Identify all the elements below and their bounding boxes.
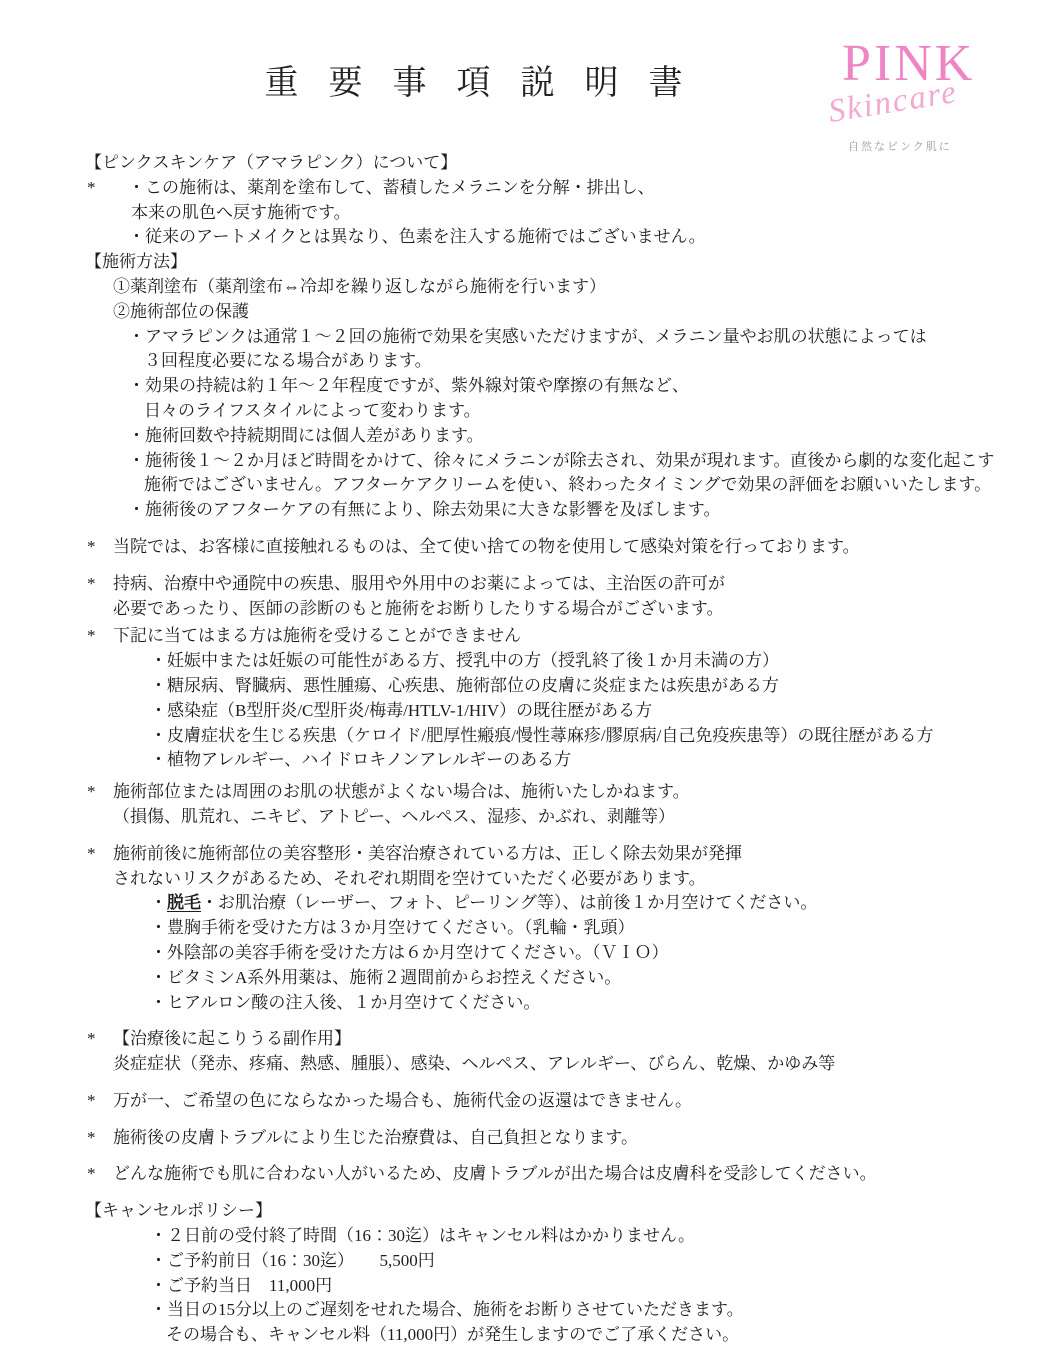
about-bullet-text: ・この施術は、薬剤を塗布して、蓄積したメラニンを分解・排出し、: [128, 178, 655, 197]
cancel-policy-item-cont: その場合も、キャンセル料（11,000円）が発生しますのでご了承ください。: [0, 1323, 1037, 1348]
notice-text: 施術後の皮膚トラブルにより生じた治療費は、自己負担となります。: [113, 1128, 638, 1147]
method-note: ・効果の持続は約１年～２年程度ですが、紫外線対策や摩擦の有無など、: [0, 374, 1037, 399]
interval-item: ・ヒアルロン酸の注入後、１か月空けてください。: [0, 991, 1037, 1016]
contraindication-item: ・妊娠中または妊娠の可能性がある方、授乳中の方（授乳終了後１か月未満の方）: [0, 649, 1037, 674]
side-effects-list: 炎症症状（発赤、疼痛、熱感、腫脹）、感染、ヘルペス、アレルギー、びらん、乾燥、か…: [0, 1052, 1037, 1077]
about-bullet-cont: 本来の肌色へ戻す施術です。: [0, 201, 1037, 226]
method-step-1: ①薬剤塗布（薬剤塗布⇔冷却を繰り返しながら施術を行います）: [0, 275, 1037, 300]
notice-hygiene: * 当院では、お客様に直接触れるものは、全て使い捨ての物を使用して感染対策を行っ…: [0, 535, 1037, 560]
notice-text: どんな施術でも肌に合わない人がいるため、皮膚トラブルが出た場合は皮膚科を受診して…: [113, 1164, 877, 1183]
heading-text: 【治療後に起こりうる副作用】: [113, 1029, 351, 1048]
notice-contraindication: * 下記に当てはまる方は施術を受けることができません: [0, 624, 1037, 649]
notice-interval-cont: されないリスクがあるため、それぞれ期間を空けていただく必要があります。: [0, 867, 1037, 892]
contraindication-item: ・感染症（B型肝炎/C型肝炎/梅毒/HTLV-1/HIV）の既往歴がある方: [0, 699, 1037, 724]
document-page: 重要事項説明書 PINK Skincare 自然なピンク肌に 【ピンクスキンケア…: [0, 0, 1037, 1360]
interval-item: ・豊胸手術を受けた方は３か月空けてください。（乳輪・乳頭）: [0, 916, 1037, 941]
interval-item: ・外陰部の美容手術を受けた方は６か月空けてください。（ＶＩＯ）: [0, 941, 1037, 966]
about-bullet: * ・この施術は、薬剤を塗布して、蓄積したメラニンを分解・排出し、: [0, 176, 1037, 201]
asterisk-marker: *: [87, 842, 96, 867]
method-note: ・施術後１～２か月ほど時間をかけて、徐々にメラニンが除去され、効果が現れます。直…: [0, 449, 1037, 474]
notice-skin-condition-cont: （損傷、肌荒れ、ニキビ、アトピー、ヘルペス、湿疹、かぶれ、剥離等）: [0, 805, 1037, 830]
cancel-policy-item: ・当日の15分以上のご遅刻をせれた場合、施術をお断りさせていただきます。: [0, 1298, 1037, 1323]
heading-side-effects: * 【治療後に起こりうる副作用】: [0, 1027, 1037, 1052]
cancel-policy-item: ・２日前の受付終了時間（16：30迄）はキャンセル料はかかりません。: [0, 1224, 1037, 1249]
notice-interval: * 施術前後に施術部位の美容整形・美容治療されている方は、正しく除去効果が発揮: [0, 842, 1037, 867]
method-note-cont: 日々のライフスタイルによって変わります。: [0, 399, 1037, 424]
notice-skin-condition: * 施術部位または周囲のお肌の状態がよくない場合は、施術いたしかねます。: [0, 780, 1037, 805]
method-note-cont: 施術ではございません。アフターケアクリームを使い、終わったタイミングで効果の評価…: [0, 473, 1037, 498]
notice-self-pay: * 施術後の皮膚トラブルにより生じた治療費は、自己負担となります。: [0, 1126, 1037, 1151]
emphasized-term: 脱毛: [167, 893, 201, 912]
contraindication-item: ・糖尿病、腎臓病、悪性腫瘍、心疾患、施術部位の皮膚に炎症または疾患がある方: [0, 674, 1037, 699]
interval-item-hair-removal: ・脱毛・お肌治療（レーザー、フォト、ピーリング等）、は前後１か月空けてください。: [0, 891, 1037, 916]
heading-method: 【施術方法】: [0, 250, 1037, 275]
heading-cancel-policy: 【キャンセルポリシー】: [0, 1199, 1037, 1224]
notice-text: 施術部位または周囲のお肌の状態がよくない場合は、施術いたしかねます。: [113, 782, 690, 801]
interval-item: ・ビタミンA系外用薬は、施術２週間前からお控えください。: [0, 966, 1037, 991]
notice-text: 施術前後に施術部位の美容整形・美容治療されている方は、正しく除去効果が発揮: [113, 844, 742, 863]
notice-text: 当院では、お客様に直接触れるものは、全て使い捨ての物を使用して感染対策を行ってお…: [113, 537, 860, 556]
notice-medical-cont: 必要であったり、医師の診断のもと施術をお断りしたりする場合がございます。: [0, 597, 1037, 622]
asterisk-marker: *: [87, 1027, 96, 1052]
asterisk-marker: *: [87, 535, 96, 560]
method-note: ・施術後のアフターケアの有無により、除去効果に大きな影響を及ぼします。: [0, 498, 1037, 523]
notice-text: 持病、治療中や通院中の疾患、服用や外用中のお薬によっては、主治医の許可が: [113, 574, 725, 593]
notice-text: 万が一、ご希望の色にならなかった場合も、施術代金の返還はできません。: [113, 1091, 692, 1110]
notice-no-refund: * 万が一、ご希望の色にならなかった場合も、施術代金の返還はできません。: [0, 1089, 1037, 1114]
document-header: 重要事項説明書 PINK Skincare 自然なピンク肌に: [0, 0, 1037, 151]
document-body: 【ピンクスキンケア（アマラピンク）について】 * ・この施術は、薬剤を塗布して、…: [0, 151, 1037, 1348]
asterisk-marker: *: [87, 572, 96, 597]
asterisk-marker: *: [87, 780, 96, 805]
asterisk-marker: *: [87, 624, 96, 649]
asterisk-marker: *: [87, 176, 96, 201]
method-note-cont: ３回程度必要になる場合があります。: [0, 349, 1037, 374]
method-note: ・アマラピンクは通常１～２回の施術で効果を実感いただけますが、メラニン量やお肌の…: [0, 325, 1037, 350]
notice-text: 下記に当てはまる方は施術を受けることができません: [113, 626, 521, 645]
method-step-2: ②施術部位の保護: [0, 300, 1037, 325]
about-bullet: ・従来のアートメイクとは異なり、色素を注入する施術ではございません。: [0, 225, 1037, 250]
contraindication-item: ・皮膚症状を生じる疾患（ケロイド/肥厚性瘢痕/慢性蕁麻疹/膠原病/自己免疫疾患等…: [0, 724, 1037, 749]
method-note: ・施術回数や持続期間には個人差があります。: [0, 424, 1037, 449]
cancel-policy-item: ・ご予約当日 11,000円: [0, 1274, 1037, 1299]
cancel-policy-item: ・ご予約前日（16：30迄） 5,500円: [0, 1249, 1037, 1274]
notice-dermatologist: * どんな施術でも肌に合わない人がいるため、皮膚トラブルが出た場合は皮膚科を受診…: [0, 1162, 1037, 1187]
contraindication-item: ・植物アレルギー、ハイドロキノンアレルギーのある方: [0, 748, 1037, 773]
heading-about: 【ピンクスキンケア（アマラピンク）について】: [0, 151, 1037, 176]
asterisk-marker: *: [87, 1126, 96, 1151]
bullet-glyph: ・: [150, 893, 167, 912]
notice-medical: * 持病、治療中や通院中の疾患、服用や外用中のお薬によっては、主治医の許可が: [0, 572, 1037, 597]
asterisk-marker: *: [87, 1089, 96, 1114]
interval-item-text: ・お肌治療（レーザー、フォト、ピーリング等）、は前後１か月空けてください。: [201, 893, 817, 912]
clinic-logo: PINK Skincare 自然なピンク肌に: [820, 38, 1030, 153]
asterisk-marker: *: [87, 1162, 96, 1187]
